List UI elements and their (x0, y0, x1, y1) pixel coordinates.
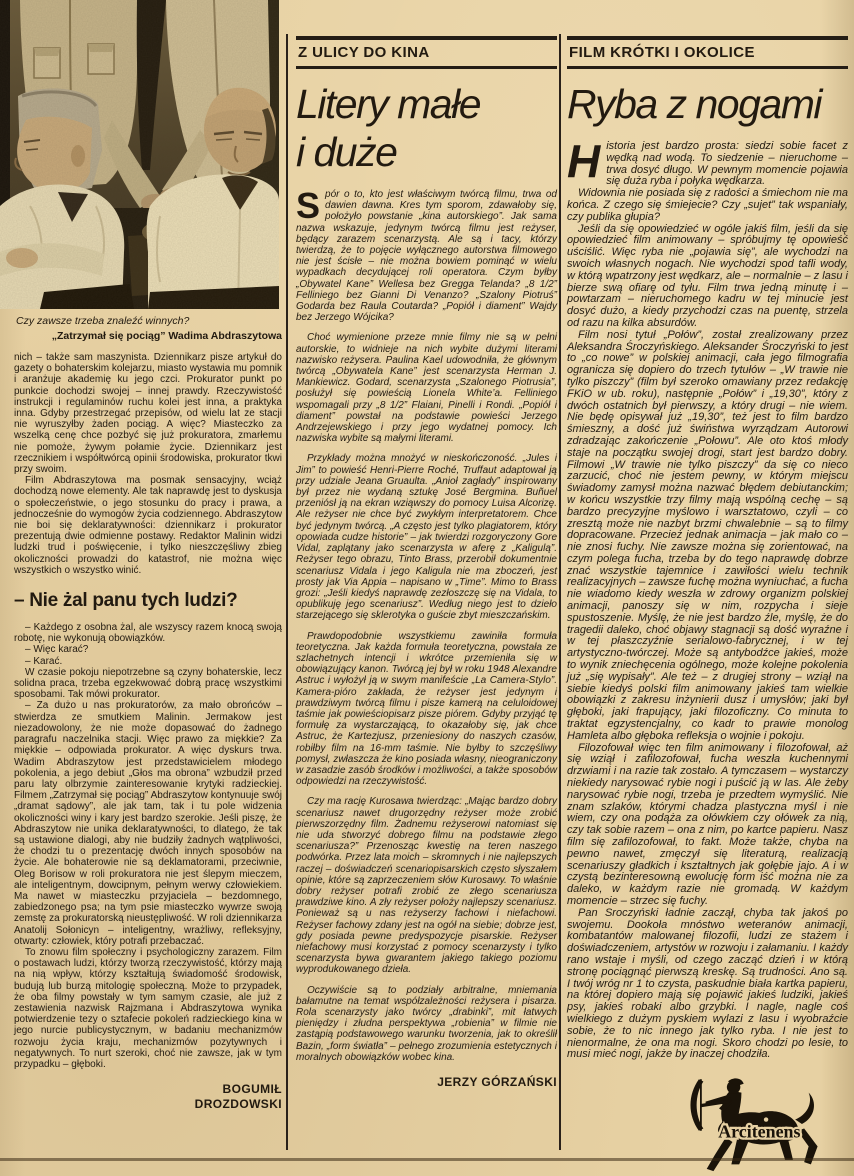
article-paragraph: Filozofował więc ten film animowany i fi… (567, 743, 848, 908)
article-paragraph: Czy ma rację Kurosawa twierdząc: „Mając … (296, 796, 557, 975)
article-paragraph: Widownia nie posiada się z radości a śmi… (567, 188, 848, 223)
film-still-photo (0, 0, 279, 309)
article-paragraph: – Każdego z osobna żal, ale wszyscy raze… (14, 622, 282, 644)
kicker-film-krotki-i-okolice: FILM KRÓTKI I OKOLICE (567, 36, 848, 69)
article-paragraph: Prawdopodobnie wszystkiemu zawiniła form… (296, 631, 557, 788)
photo-caption-credit: „Zatrzymał się pociąg” Wadima Abdraszyto… (16, 330, 282, 343)
byline-middle: JERZY GÓRZAŃSKI (296, 1075, 557, 1090)
article-paragraph: nich – także sam maszynista. Dziennikarz… (14, 352, 282, 475)
column-divider-left (286, 34, 288, 1150)
page-bottom-edge (0, 1158, 854, 1161)
sagittarius-logo: Arcitenens (672, 1077, 840, 1176)
article-paragraph: – Karać. (14, 656, 282, 667)
byline-last-name: DROZDOWSKI (14, 1097, 282, 1112)
article-paragraph: Historia jest bardzo prosta: siedzi sobi… (567, 141, 848, 188)
magazine-page: Czy zawsze trzeba znaleźć winnych? „Zatr… (0, 0, 854, 1176)
article-paragraph: Pan Sroczyński ładnie zaczął, chyba tak … (567, 908, 848, 1061)
article-title-litery-male-i-duze: Litery małe i duże (296, 80, 557, 176)
byline-first-name: BOGUMIŁ (14, 1082, 282, 1097)
logo-text: Arcitenens (718, 1122, 800, 1142)
middle-article-column: Z ULICY DO KINA Litery małe i duże Spór … (296, 36, 557, 1090)
article-paragraph: Spór o to, kto jest właściwym twórcą fil… (296, 189, 557, 323)
article-paragraph: Choć wymienione przeze mnie filmy nie są… (296, 332, 557, 444)
photo-caption: Czy zawsze trzeba znaleźć winnych? „Zatr… (16, 315, 282, 343)
section-subheading: – Nie żal panu tych ludzi? (14, 589, 282, 613)
right-article-column: FILM KRÓTKI I OKOLICE Ryba z nogami Hist… (567, 36, 848, 1176)
kicker-z-ulicy-do-kina: Z ULICY DO KINA (296, 36, 557, 69)
article-paragraph: Oczywiście są to podziały arbitralne, mn… (296, 985, 557, 1063)
article-paragraph: Przykłady można mnożyć w nieskończoność.… (296, 453, 557, 621)
article-paragraph: Film Abdraszytowa ma posmak sensacyjny, … (14, 475, 282, 576)
title-line: i duże (296, 128, 557, 176)
article-paragraph: – Za dużo u nas prokuratorów, za mało ob… (14, 700, 282, 946)
title-line: Litery małe (296, 80, 557, 128)
article-paragraph: Film nosi tytuł „Połów”, został zrealizo… (567, 330, 848, 743)
column-divider-right (559, 34, 561, 1150)
left-article-column: nich – także sam maszynista. Dziennikarz… (14, 352, 282, 1112)
article-title-ryba-z-nogami: Ryba z nogami (567, 80, 848, 128)
article-paragraph: W czasie pokoju niepotrzebne są czyny bo… (14, 667, 282, 701)
photo-caption-question: Czy zawsze trzeba znaleźć winnych? (16, 315, 282, 328)
article-paragraph: To znowu film społeczny i psychologiczny… (14, 947, 282, 1070)
centaur-archer-icon: Arcitenens (672, 1077, 840, 1176)
article-paragraph: Jeśli da się opowiedzieć w ogóle jakiś f… (567, 224, 848, 330)
byline-left: BOGUMIŁ DROZDOWSKI (14, 1082, 282, 1112)
article-paragraph: – Więc karać? (14, 644, 282, 655)
